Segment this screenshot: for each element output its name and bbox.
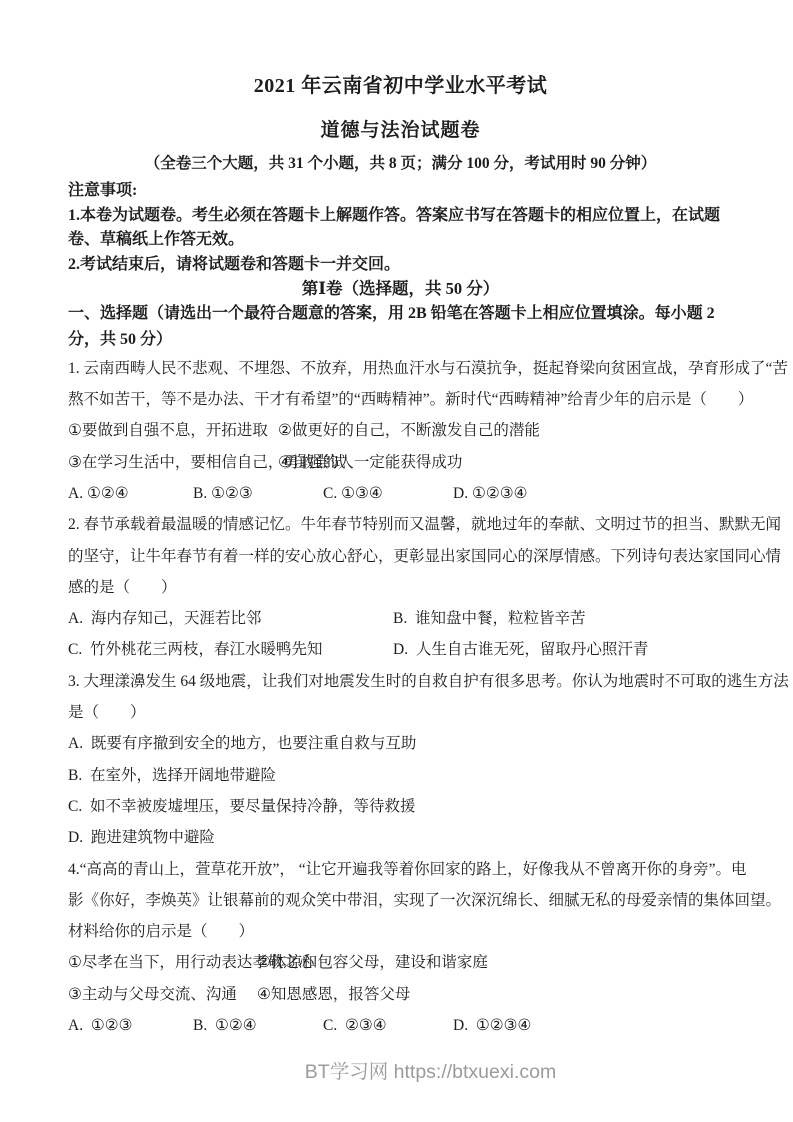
- part1-heading: 第Ⅰ卷（选择题，共 50 分）: [68, 277, 733, 301]
- question-1-choice-a: A. ①②④: [68, 478, 193, 509]
- question-2-text-line-1: 2. 春节承载着最温暖的情感记忆。牛年春节特别而又温馨，就地过年的奉献、文明过节…: [68, 509, 733, 540]
- question-3-text-line-2: 是（ ）: [68, 697, 733, 728]
- question-3-choice-a: A. 既要有序撤到安全的地方，也要注重自救与互助: [68, 728, 733, 759]
- question-4-choice-b: B. ①②④: [193, 1010, 323, 1041]
- question-4-options-row-1: ①尽孝在当下，用行动表达孝敬之心 ②体谅和包容父母，建设和谐家庭: [68, 947, 733, 978]
- question-1-option-3: ③在学习生活中，要相信自己，勇敢尝试: [68, 447, 278, 478]
- question-1-text-line-1: 1. 云南西畴人民不悲观、不埋怨、不放弃，用热血汗水与石漠抗争，挺起脊梁向贫困宣…: [68, 353, 733, 384]
- question-1-choice-d: D. ①②③④: [453, 478, 733, 509]
- notice-heading: 注意事项:: [68, 179, 733, 204]
- question-2-choice-d: D. 人生自古谁无死，留取丹心照汗青: [393, 634, 733, 665]
- question-1-option-4: ④自强的人一定能获得成功: [278, 447, 733, 478]
- watermark-site-credit: BT学习网 https://btxuexi.com: [0, 1058, 793, 1086]
- question-3-text-line-1: 3. 大理漾濞发生 64 级地震，让我们对地震发生时的自救自护有很多思考。你认为…: [68, 666, 733, 697]
- question-4-options-row-2: ③主动与父母交流、沟通 ④知恩感恩，报答父母: [68, 979, 733, 1010]
- question-3-choice-b: B. 在室外，选择开阔地带避险: [68, 760, 733, 791]
- questions-section: 1. 云南西畴人民不悲观、不埋怨、不放弃，用热血汗水与石漠抗争，挺起脊梁向贫困宣…: [68, 353, 733, 1042]
- notice-line-2: 2.考试结束后，请将试题卷和答题卡一并交回。: [68, 253, 733, 278]
- question-1-option-1: ①要做到自强不息，开拓进取: [68, 415, 278, 446]
- question-3-choice-c: C. 如不幸被废墟埋压，要尽量保持冷静，等待救援: [68, 791, 733, 822]
- section1-heading-line-2: 分，共 50 分）: [68, 327, 733, 352]
- question-1-text-line-2: 熬不如苦干，等不是办法、干才有希望”的“西畴精神”。新时代“西畴精神”给青少年的…: [68, 384, 733, 415]
- question-4-choice-c: C. ②③④: [323, 1010, 453, 1041]
- question-2-choices-row-1: A. 海内存知己，天涯若比邻 B. 谁知盘中餐，粒粒皆辛苦: [68, 603, 733, 634]
- section1-heading-line-1: 一、选择题（请选出一个最符合题意的答案，用 2B 铅笔在答题卡上相应位置填涂。每…: [68, 301, 733, 326]
- question-4-choice-d: D. ①②③④: [453, 1010, 733, 1041]
- question-2-choice-c: C. 竹外桃花三两枝，春江水暖鸭先知: [68, 634, 393, 665]
- notice-line-1: 1.本卷为试题卷。考生必须在答题卡上解题作答。答案应书写在答题卡的相应位置上，在…: [68, 204, 733, 229]
- question-4-option-2: ②体谅和包容父母，建设和谐家庭: [257, 947, 733, 978]
- question-4-text-line-3: 材料给你的启示是（ ）: [68, 916, 733, 947]
- question-2-text-line-3: 感的是（ ）: [68, 572, 733, 603]
- question-1-choice-c: C. ①③④: [323, 478, 453, 509]
- question-4-option-3: ③主动与父母交流、沟通: [68, 979, 257, 1010]
- exam-content: 2021 年云南省初中学业水平考试 道德与法治试题卷 （全卷三个大题，共 31 …: [0, 0, 793, 1041]
- question-3-choice-d: D. 跑进建筑物中避险: [68, 822, 733, 853]
- question-1: 1. 云南西畴人民不悲观、不埋怨、不放弃，用热血汗水与石漠抗争，挺起脊梁向贫困宣…: [68, 353, 733, 509]
- notice-section: 注意事项: 1.本卷为试题卷。考生必须在答题卡上解题作答。答案应书写在答题卡的相…: [68, 179, 733, 277]
- question-3: 3. 大理漾濞发生 64 级地震，让我们对地震发生时的自救自护有很多思考。你认为…: [68, 666, 733, 854]
- question-4: 4.“高高的青山上，萱草花开放”， “让它开遍我等着你回家的路上，好像我从不曾离…: [68, 854, 733, 1042]
- question-1-choice-b: B. ①②③: [193, 478, 323, 509]
- question-2-choice-a: A. 海内存知己，天涯若比邻: [68, 603, 393, 634]
- question-4-option-1: ①尽孝在当下，用行动表达孝敬之心: [68, 947, 257, 978]
- question-4-choice-a: A. ①②③: [68, 1010, 193, 1041]
- exam-subtitle: 道德与法治试题卷: [68, 118, 733, 143]
- question-1-option-2: ②做更好的自己，不断激发自己的潜能: [278, 415, 733, 446]
- question-1-options-row-2: ③在学习生活中，要相信自己，勇敢尝试 ④自强的人一定能获得成功: [68, 447, 733, 478]
- notice-line-1-cont: 卷、草稿纸上作答无效。: [68, 228, 733, 253]
- exam-title: 2021 年云南省初中学业水平考试: [68, 0, 733, 100]
- section1-heading: 一、选择题（请选出一个最符合题意的答案，用 2B 铅笔在答题卡上相应位置填涂。每…: [68, 301, 733, 351]
- exam-paper-page: 2021 年云南省初中学业水平考试 道德与法治试题卷 （全卷三个大题，共 31 …: [0, 0, 793, 1122]
- question-4-option-4: ④知恩感恩，报答父母: [257, 979, 733, 1010]
- question-2-choice-b: B. 谁知盘中餐，粒粒皆辛苦: [393, 603, 733, 634]
- question-2: 2. 春节承载着最温暖的情感记忆。牛年春节特别而又温馨，就地过年的奉献、文明过节…: [68, 509, 733, 665]
- exam-meta-line: （全卷三个大题，共 31 个小题，共 8 页；满分 100 分，考试用时 90 …: [68, 152, 733, 176]
- question-1-choices-row: A. ①②④ B. ①②③ C. ①③④ D. ①②③④: [68, 478, 733, 509]
- question-1-options-row-1: ①要做到自强不息，开拓进取 ②做更好的自己，不断激发自己的潜能: [68, 415, 733, 446]
- question-2-choices-row-2: C. 竹外桃花三两枝，春江水暖鸭先知 D. 人生自古谁无死，留取丹心照汗青: [68, 634, 733, 665]
- question-2-text-line-2: 的坚守，让牛年春节有着一样的安心放心舒心，更彰显出家国同心的深厚情感。下列诗句表…: [68, 541, 733, 572]
- question-4-text-line-2: 影《你好，李焕英》让银幕前的观众笑中带泪，实现了一次深沉绵长、细腻无私的母爱亲情…: [68, 885, 733, 916]
- question-4-text-line-1: 4.“高高的青山上，萱草花开放”， “让它开遍我等着你回家的路上，好像我从不曾离…: [68, 854, 733, 885]
- question-4-choices-row: A. ①②③ B. ①②④ C. ②③④ D. ①②③④: [68, 1010, 733, 1041]
